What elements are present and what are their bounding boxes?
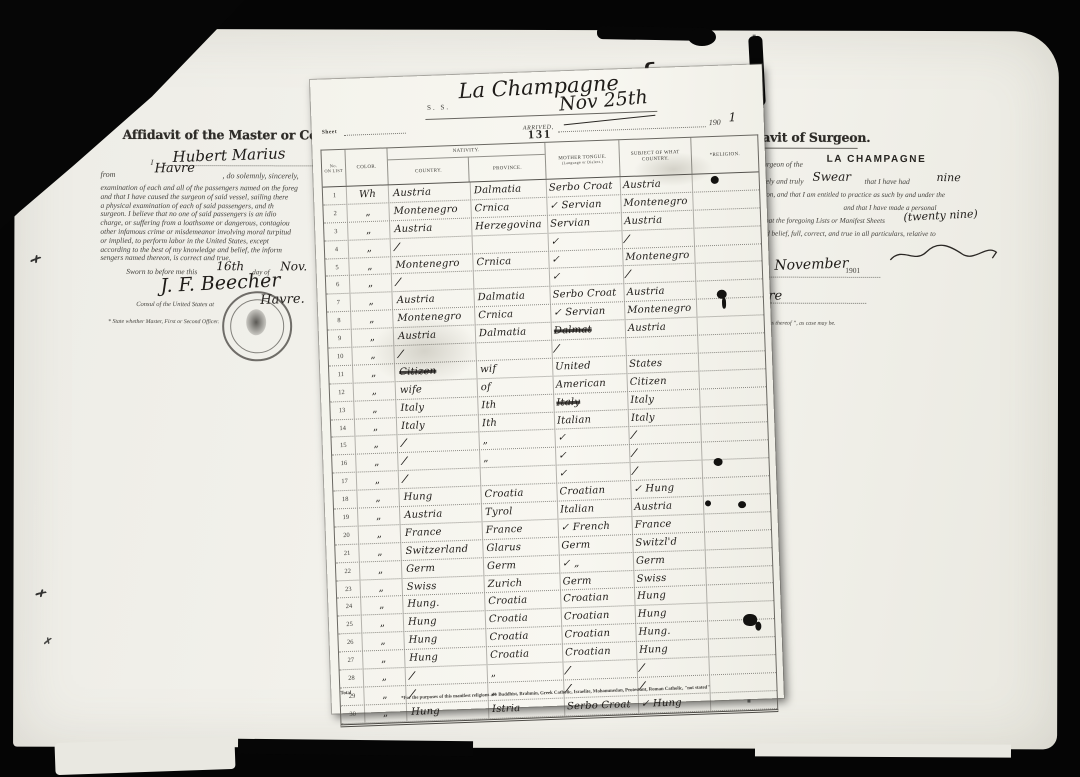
entry-handwriting: Hung. <box>407 598 440 610</box>
entry-handwriting: / <box>630 430 637 441</box>
entry-handwriting: Citizen <box>399 366 436 378</box>
cell-tongue: Italian <box>555 410 630 429</box>
year-handwriting: 1 <box>728 110 736 124</box>
entry-handwriting: Germ <box>406 563 435 575</box>
cell-country: Austria <box>394 325 477 345</box>
cell-tongue: ✓ <box>549 249 624 268</box>
paper-edge-sliver <box>755 743 1011 757</box>
cell-no: 3 <box>324 223 349 241</box>
entry-handwriting: Croatian <box>564 610 610 623</box>
swear-mid: that I have had <box>865 177 910 186</box>
cell-country: / <box>394 343 477 363</box>
header-mother-tongue: MOTHER TONGUE. (Language or Dialect.) <box>545 140 620 179</box>
entry-handwriting: Austria <box>394 223 433 235</box>
cell-country: Montenegro <box>391 254 474 274</box>
row-number: 13 <box>339 407 346 414</box>
cell-subject: Austria <box>626 318 699 337</box>
entry-handwriting: Croatian <box>564 628 610 641</box>
entry-handwriting: Dalmatia <box>474 184 522 197</box>
cell-tongue: ✓ Servian <box>551 302 626 321</box>
entry-handwriting: Crnica <box>478 309 513 321</box>
date-fill-line <box>752 277 880 278</box>
cell-country: Austria <box>390 218 473 238</box>
cell-tongue: Italy <box>554 392 629 411</box>
entry-handwriting: Austria <box>393 187 432 199</box>
cell-country: France <box>401 522 484 542</box>
cell-tongue: Servian <box>548 213 623 232</box>
entry-handwriting: ✓ <box>557 433 566 444</box>
cell-tongue: ✓ <box>550 267 625 286</box>
cell-color: „ <box>362 614 405 632</box>
entry-handwriting: Citizen <box>630 375 667 387</box>
cell-country: Montenegro <box>393 308 476 328</box>
cell-country: Italy <box>397 415 480 435</box>
cell-color: „ <box>359 525 402 543</box>
cell-no: 4 <box>325 240 350 258</box>
cell-color: „ <box>355 436 398 454</box>
cell-no: 13 <box>330 401 355 419</box>
cell-no: 15 <box>332 437 357 455</box>
entry-handwriting: wif <box>480 364 496 376</box>
practice-line: surgeon, and that I am entitled to pract… <box>750 191 945 200</box>
cell-province: „ <box>488 663 565 683</box>
date-year: 1901 <box>845 266 860 275</box>
bottom-shadow <box>238 739 473 756</box>
header-no-line2: ON LIST <box>322 168 345 174</box>
cell-color: „ <box>350 275 393 293</box>
entry-handwriting: ✓ Servian <box>553 306 606 319</box>
cell-tongue: Germ <box>560 571 635 590</box>
entry-handwriting: Hung <box>638 608 667 620</box>
row-number: 6 <box>336 281 339 288</box>
entry-handwriting: Austria <box>397 294 436 306</box>
cell-country: / <box>397 433 480 453</box>
entry-handwriting: France <box>405 527 442 539</box>
row-number: 11 <box>338 371 345 378</box>
row-number: 12 <box>338 389 345 396</box>
entry-handwriting: ✓ Hung <box>633 483 674 495</box>
cell-subject: Montenegro <box>621 193 694 212</box>
entry-handwriting: „ <box>377 547 383 558</box>
cell-no: 12 <box>330 383 355 401</box>
cell-province <box>476 341 553 361</box>
cell-province <box>481 466 558 486</box>
entry-handwriting: „ <box>372 403 378 414</box>
entry-handwriting: Istria <box>492 703 521 715</box>
cell-no: 9 <box>328 330 353 348</box>
entry-handwriting: ✓ <box>552 272 561 283</box>
entry-handwriting: Croatia <box>489 631 528 643</box>
cell-subject: Switzl'd <box>633 532 706 551</box>
cell-subject: Montenegro <box>623 246 696 265</box>
row-number: 28 <box>348 675 355 682</box>
master-footnote: * State whether Master, First or Second … <box>108 319 219 325</box>
cell-tongue: ✓ <box>549 231 624 250</box>
cell-subject: Montenegro <box>625 300 698 319</box>
cell-province: „ <box>480 448 557 468</box>
entry-handwriting: „ <box>375 475 381 486</box>
cell-tongue: / <box>563 660 638 679</box>
surgeon-signature <box>888 242 1000 266</box>
entry-handwriting: Crnica <box>474 202 509 214</box>
heading-rule <box>754 148 858 149</box>
header-nativity: NATIVITY. COUNTRY. PROVINCE. <box>387 143 546 184</box>
entry-handwriting: / <box>408 671 415 682</box>
cell-color: „ <box>355 418 398 436</box>
cell-province: Ith <box>479 412 556 432</box>
swear-handwriting: Swear <box>813 170 852 184</box>
entry-handwriting: Swiss <box>636 572 666 584</box>
entry-handwriting: Croatia <box>484 488 523 500</box>
ink-blot <box>722 298 726 309</box>
entry-handwriting: United <box>555 360 591 372</box>
cell-country: Austria <box>400 504 483 524</box>
entry-handwriting: / <box>564 665 571 676</box>
cell-country: Swiss <box>402 576 485 596</box>
header-country: COUNTRY. <box>388 157 470 184</box>
cell-subject: / <box>622 228 695 247</box>
entry-handwriting: „ <box>367 260 373 271</box>
cell-religion <box>708 602 775 621</box>
cell-religion <box>694 226 761 245</box>
cell-no: 5 <box>325 258 350 276</box>
cell-color: „ <box>350 293 393 311</box>
entry-handwriting: Austria <box>404 509 443 521</box>
entry-handwriting: „ <box>368 278 374 289</box>
cell-country: Hung <box>399 486 482 506</box>
row-number: 14 <box>339 424 346 431</box>
entry-handwriting: „ <box>374 457 380 468</box>
header-no: No. ON LIST <box>321 150 346 187</box>
cell-religion <box>707 584 774 603</box>
cell-no: 28 <box>340 670 365 688</box>
entry-handwriting: „ <box>378 582 384 593</box>
entry-handwriting: „ <box>368 296 374 307</box>
header-color: COLOR. <box>345 148 388 185</box>
cell-country: Hung <box>405 647 488 667</box>
entry-handwriting: Montenegro <box>623 196 688 209</box>
cell-color: „ <box>357 471 400 489</box>
cell-color: „ <box>364 668 407 686</box>
row-number: 17 <box>341 478 348 485</box>
cell-tongue: ✓ <box>556 445 631 464</box>
entry-handwriting: Hung <box>639 644 668 656</box>
cell-subject: / <box>629 425 702 444</box>
entry-handwriting: / <box>395 277 402 288</box>
row-number: 22 <box>344 568 351 575</box>
cell-no: 23 <box>336 580 361 598</box>
row-number: 5 <box>335 264 338 271</box>
cell-subject: / <box>630 443 703 462</box>
entry-handwriting: Italian <box>557 414 592 426</box>
cell-color: „ <box>359 543 402 561</box>
cell-subject: Italy <box>628 389 701 408</box>
cell-province: Croatia <box>487 645 564 665</box>
edge-smudge <box>688 28 716 46</box>
entry-handwriting: American <box>556 378 607 391</box>
cell-subject: / <box>624 264 697 283</box>
entry-handwriting: / <box>624 269 631 280</box>
cell-religion <box>693 172 760 191</box>
cell-no: 11 <box>329 366 354 384</box>
cell-tongue: Dalmat <box>552 320 627 339</box>
paper-scrap <box>54 737 235 775</box>
entry-handwriting: Croatia <box>490 649 529 661</box>
entry-handwriting: ✓ <box>559 468 568 479</box>
manifest-rows: 1WhAustriaDalmatiaSerbo CroatAustria2„Mo… <box>323 172 777 724</box>
header-religion: *RELIGION. <box>691 135 758 173</box>
cell-no: 22 <box>336 562 361 580</box>
entry-handwriting: „ <box>381 672 387 683</box>
cell-tongue: / <box>552 338 627 357</box>
entry-handwriting: „ <box>371 368 377 379</box>
entry-handwriting: Montenegro <box>395 257 460 270</box>
entry-handwriting: „ <box>381 654 387 665</box>
cell-province: wif <box>477 359 554 379</box>
from-value-handwriting: Havre <box>154 161 195 177</box>
entry-handwriting: ✓ <box>558 451 567 462</box>
entry-handwriting: „ <box>376 511 382 522</box>
entry-handwriting: Austria <box>626 286 665 298</box>
entry-handwriting: Croatia <box>489 613 528 625</box>
cell-religion <box>694 208 761 227</box>
cell-religion <box>703 458 770 477</box>
row-number: 7 <box>337 299 340 306</box>
cell-country: Hung <box>404 612 487 632</box>
entry-handwriting: Hung <box>411 706 440 718</box>
intro-pre: I <box>151 158 154 167</box>
cell-subject: Hung <box>635 586 708 605</box>
cell-religion <box>704 494 771 513</box>
entry-handwriting: Serbo Croat <box>552 288 616 301</box>
cell-country: wife <box>396 379 479 399</box>
entry-handwriting: of <box>481 382 492 393</box>
entry-handwriting: Hung <box>408 634 437 646</box>
cell-no: 18 <box>333 491 358 509</box>
entry-handwriting: ✓ French <box>561 521 611 534</box>
entry-handwriting: / <box>638 663 645 674</box>
cell-province: Germ <box>484 555 561 575</box>
entry-handwriting: „ <box>365 207 371 218</box>
cell-subject: Austria <box>632 497 705 516</box>
cell-religion <box>705 530 772 549</box>
cell-color: „ <box>360 561 403 579</box>
cell-religion <box>698 333 765 352</box>
row-number: 19 <box>342 514 349 521</box>
cell-tongue: American <box>553 374 628 393</box>
cell-religion <box>696 280 763 299</box>
entry-handwriting: Ith <box>481 399 496 411</box>
entry-handwriting: Austria <box>623 179 662 191</box>
entry-handwriting: France <box>486 524 523 536</box>
cell-province: Tyrol <box>482 502 559 522</box>
entry-handwriting: / <box>400 438 407 449</box>
entry-handwriting: „ <box>491 668 497 679</box>
sworn-month-handwriting: Nov. <box>280 259 307 273</box>
cell-province: Dalmatia <box>474 287 551 307</box>
cell-subject: Hung. <box>636 622 709 641</box>
entry-handwriting: Switzl'd <box>635 536 677 548</box>
entry-handwriting: Herzegovina <box>475 219 542 232</box>
cell-no: 7 <box>327 294 352 312</box>
cell-color: „ <box>365 704 408 722</box>
cell-subject: Austria <box>621 175 694 194</box>
cell-province: Zurich <box>484 573 561 593</box>
cell-subject: France <box>632 514 705 533</box>
cell-color: „ <box>356 454 399 472</box>
row-number: 16 <box>341 460 348 467</box>
cell-religion <box>697 298 764 317</box>
cell-subject: ✓ Hung <box>639 693 712 712</box>
cell-no: 6 <box>326 276 351 294</box>
cell-subject: / <box>631 461 704 480</box>
cell-no: 17 <box>333 473 358 491</box>
entry-handwriting: ✓ Servian <box>549 199 602 212</box>
cell-religion <box>701 405 768 424</box>
cell-province: Crnica <box>471 198 548 218</box>
entry-handwriting: Germ <box>562 575 591 587</box>
entry-handwriting: States <box>629 358 662 370</box>
cell-subject: Hung <box>637 640 710 659</box>
cell-tongue: United <box>553 356 628 375</box>
cell-province: Crnica <box>475 305 552 325</box>
cell-province <box>474 269 551 289</box>
entry-handwriting: Germ <box>636 555 665 567</box>
entry-handwriting: Croatian <box>563 592 609 605</box>
row-number: 9 <box>338 335 341 342</box>
cell-color: „ <box>348 221 391 239</box>
entry-handwriting: „ <box>483 453 489 464</box>
entry-handwriting: „ <box>378 564 384 575</box>
entry-handwriting: Dalmatia <box>479 327 527 340</box>
cell-color: „ <box>352 346 395 364</box>
cell-province: Croatia <box>481 484 558 504</box>
cell-province: Glarus <box>483 537 560 557</box>
cell-tongue: Croatian <box>557 481 632 500</box>
cell-religion <box>704 512 771 531</box>
row-number: 30 <box>349 711 356 718</box>
ship-name-stamp: LA CHAMPAGNE <box>827 154 927 165</box>
entry-handwriting: Hung. <box>638 626 671 638</box>
row-number: 23 <box>345 585 352 592</box>
entry-handwriting: Austria <box>624 215 663 227</box>
entry-handwriting: „ <box>372 386 378 397</box>
cell-tongue: Croatian <box>563 642 638 661</box>
cell-tongue: Serbo Croat <box>547 177 622 196</box>
entry-handwriting: „ <box>367 243 373 254</box>
row-number: 24 <box>346 603 353 610</box>
cell-country: Switzerland <box>401 540 484 560</box>
manifest-sheet: S. S. La Champagne Sheet ARRIVED, Nov 25… <box>310 64 784 713</box>
cell-subject <box>626 336 699 355</box>
header-subject: SUBJECT OF WHAT COUNTRY. <box>619 138 692 176</box>
cell-religion <box>693 190 760 209</box>
cell-religion <box>706 566 773 585</box>
cell-religion <box>706 548 773 567</box>
entry-handwriting: Croatian <box>565 646 611 659</box>
entry-handwriting: „ <box>380 636 386 647</box>
cell-religion <box>708 619 775 638</box>
entry-handwriting: Italy <box>630 394 654 406</box>
cell-religion <box>699 369 766 388</box>
cell-no: 25 <box>338 616 363 634</box>
entry-handwriting: ✓ Hung <box>641 697 682 709</box>
cell-tongue: ✓ <box>555 428 630 447</box>
row-number: 18 <box>342 496 349 503</box>
cell-tongue: ✓ French <box>558 517 633 536</box>
ss-prefix: S. S. <box>427 103 450 112</box>
entry-handwriting: Montenegro <box>393 204 458 217</box>
cell-province: of <box>478 376 555 396</box>
cell-subject: Austria <box>624 282 697 301</box>
entry-handwriting: France <box>635 519 672 531</box>
sheets-pre: and that the foregoing Lists or Manifest… <box>750 217 885 225</box>
arrived-fill-line <box>558 126 706 132</box>
entry-handwriting: Austria <box>398 330 437 342</box>
entry-handwriting: ✓ <box>551 236 560 247</box>
entry-handwriting: Tyrol <box>485 506 513 518</box>
entry-handwriting: Serbo Croat <box>567 699 631 712</box>
entry-handwriting: Servian <box>550 217 591 229</box>
cell-no: 14 <box>331 419 356 437</box>
entry-handwriting: „ <box>377 529 383 540</box>
manifest-table: No. ON LIST COLOR. NATIVITY. COUNTRY. PR… <box>320 134 778 727</box>
entry-handwriting: Italian <box>560 503 595 515</box>
cell-religion <box>703 476 770 495</box>
cell-color: Wh <box>347 185 390 203</box>
cell-province: Croatia <box>486 627 563 647</box>
cell-color: „ <box>347 203 390 221</box>
entry-handwriting: „ <box>370 332 376 343</box>
entry-handwriting: „ <box>366 225 372 236</box>
cell-religion <box>695 244 762 263</box>
entry-handwriting: Hung <box>403 491 432 503</box>
cell-province: Dalmatia <box>471 180 548 200</box>
cell-color: „ <box>349 239 392 257</box>
cell-religion <box>709 655 776 674</box>
cell-subject: Hung <box>636 604 709 623</box>
entry-handwriting: Dalmatia <box>478 291 526 304</box>
sheet-fill-line <box>344 133 406 136</box>
cell-color: „ <box>353 364 396 382</box>
entry-handwriting: Italy <box>401 420 425 432</box>
cell-tongue: Croatian <box>561 588 636 607</box>
date-flourish <box>564 115 656 126</box>
cell-country: / <box>398 451 481 471</box>
row-number: 8 <box>337 317 340 324</box>
row-number: 27 <box>347 657 354 664</box>
entry-handwriting: Ith <box>482 417 497 429</box>
cell-religion <box>709 637 776 656</box>
cell-country: Montenegro <box>389 200 472 220</box>
sheets-count-handwriting: (twenty nine) <box>903 207 978 224</box>
consul-line: Consul of the United States at <box>136 301 214 308</box>
cell-tongue: Italian <box>558 499 633 518</box>
row-number: 2 <box>333 210 336 217</box>
cell-subject: States <box>627 354 700 373</box>
entry-handwriting: Glarus <box>486 542 521 554</box>
entry-handwriting: Austria <box>634 501 673 513</box>
cell-subject: Germ <box>634 550 707 569</box>
cell-no: 30 <box>341 705 366 723</box>
cell-color: „ <box>360 579 403 597</box>
entry-handwriting: Serbo Croat <box>549 180 613 193</box>
cell-tongue: Germ <box>559 535 634 554</box>
cell-religion <box>701 423 768 442</box>
cell-subject: Italy <box>629 407 702 426</box>
cell-province: Dalmatia <box>476 323 553 343</box>
cell-religion <box>698 315 765 334</box>
